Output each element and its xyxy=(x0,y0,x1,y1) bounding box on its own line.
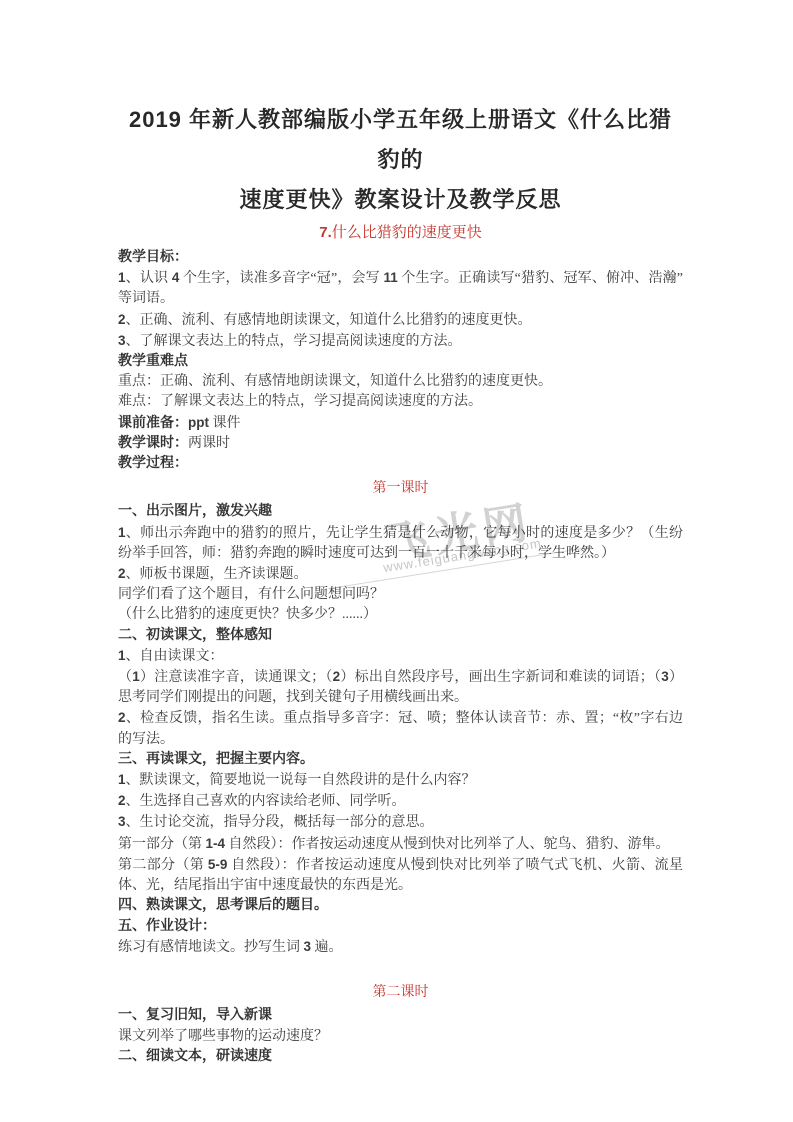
blank-line xyxy=(118,958,683,978)
content: 教学目标：1、认识 4 个生字，读准多音字“冠”，会写 11 个生字。正确读写“… xyxy=(118,248,683,1067)
lesson-subtitle-text: 什么比猎豹的速度更快 xyxy=(332,225,482,241)
text-line: 的写法。 xyxy=(118,730,683,750)
heading-teaching-process: 教学过程： xyxy=(118,454,683,474)
text-line: 第一部分（第 1-4 自然段）：作者按运动速度从慢到快对比列举了人、鸵鸟、猎豹、… xyxy=(118,834,683,855)
text-line: 课文列举了哪些事物的运动速度？ xyxy=(118,1027,683,1047)
line-class-hours: 教学课时：两课时 xyxy=(118,434,683,454)
lesson-subtitle: 7.什么比猎豹的速度更快 xyxy=(118,222,683,244)
text-line: 2、师板书课题，生齐读课题。 xyxy=(118,564,683,585)
text-line: 一、复习旧知，导入新课 xyxy=(118,1006,683,1026)
text-line: 思考同学们刚提出的问题，找到关键句子用横线画出来。 xyxy=(118,688,683,708)
text-line: 练习有感情地读文。抄写生词 3 遍。 xyxy=(118,937,683,958)
text-line: 难点：了解课文表达上的特点，学习提高阅读速度的方法。 xyxy=(118,392,683,412)
lesson-1-heading: 第一课时 xyxy=(118,479,683,499)
text-line: 五、作业设计： xyxy=(118,917,683,937)
text-line: （1）注意读准字音，读通课文；（2）标出自然段序号，画出生字新词和难读的词语；（… xyxy=(118,667,683,688)
page-title-line-1: 2019 年新人教部编版小学五年级上册语文《什么比猎豹的 xyxy=(118,100,683,180)
lesson-number: 7. xyxy=(319,224,332,241)
heading-key-points: 教学重难点 xyxy=(118,352,683,372)
text-line: 纷举手回答，师：猎豹奔跑的瞬时速度可达到一百一十千米每小时，学生哗然。） xyxy=(118,544,683,564)
text-line: 四、熟读课文，思考课后的题目。 xyxy=(118,896,683,916)
text-line: 一、出示图片，激发兴趣 xyxy=(118,502,683,522)
text-line: 3、了解课文表达上的特点，学习提高阅读速度的方法。 xyxy=(118,331,683,352)
text-line: 等词语。 xyxy=(118,289,683,309)
lesson-2-heading: 第二课时 xyxy=(118,983,683,1003)
page-title: 2019 年新人教部编版小学五年级上册语文《什么比猎豹的 速度更快》教案设计及教… xyxy=(118,100,683,220)
text-line: （什么比猎豹的速度更快？快多少？......） xyxy=(118,605,683,625)
text-line: 1、认识 4 个生字，读准多音字“冠”，会写 11 个生字。正确读写“猎豹、冠军… xyxy=(118,268,683,289)
text-line: 同学们看了这个题目，有什么问题想问吗？ xyxy=(118,585,683,605)
page-title-line-2: 速度更快》教案设计及教学反思 xyxy=(118,180,683,220)
text-line: 2、检查反馈，指名生读。重点指导多音字：冠、喷；整体认读音节：赤、置；“枚”字右… xyxy=(118,708,683,729)
text-line: 三、再读课文，把握主要内容。 xyxy=(118,750,683,770)
line-preparation: 课前准备：ppt 课件 xyxy=(118,413,683,434)
text-line: 1、师出示奔跑中的猎豹的照片，先让学生猜是什么动物，它每小时的速度是多少？（生纷 xyxy=(118,523,683,544)
document-page: 飞光网 www.feiguangwang.com 2019 年新人教部编版小学五… xyxy=(0,0,793,1122)
text-line: 第二部分（第 5-9 自然段）：作者按运动速度从慢到快对比列举了喷气式飞机、火箭… xyxy=(118,855,683,876)
text-line: 2、正确、流利、有感情地朗读课文，知道什么比猎豹的速度更快。 xyxy=(118,310,683,331)
text-line: 重点：正确、流利、有感情地朗读课文，知道什么比猎豹的速度更快。 xyxy=(118,372,683,392)
text-line: 二、初读课文，整体感知 xyxy=(118,626,683,646)
document-content: 2019 年新人教部编版小学五年级上册语文《什么比猎豹的 速度更快》教案设计及教… xyxy=(0,0,793,1067)
text-line: 2、生选择自己喜欢的内容读给老师、同学听。 xyxy=(118,791,683,812)
text-line: 二、细读文本，研读速度 xyxy=(118,1047,683,1067)
heading-teaching-goals: 教学目标： xyxy=(118,248,683,268)
text-line: 1、默读课文，简要地说一说每一自然段讲的是什么内容？ xyxy=(118,770,683,791)
text-line: 1、自由读课文： xyxy=(118,646,683,667)
text-line: 体、光，结尾指出宇宙中速度最快的东西是光。 xyxy=(118,876,683,896)
text-line: 3、生讨论交流，指导分段，概括每一部分的意思。 xyxy=(118,812,683,833)
